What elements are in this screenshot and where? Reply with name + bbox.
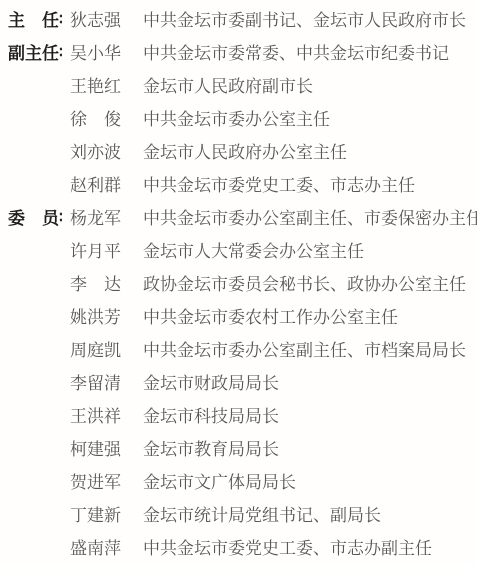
member-name: 王洪祥	[70, 402, 122, 427]
member-title: 金坛市人民政府办公室主任	[143, 138, 347, 163]
member-name: 柯建强	[70, 435, 122, 460]
roster-row: 主 任∶狄志强中共金坛市委副书记、金坛市人民政府市长	[0, 2, 477, 35]
roster-row: 周庭凯中共金坛市委办公室副主任、市档案局局长	[0, 332, 477, 365]
roster-row: 委 员∶杨龙军中共金坛市委办公室副主任、市委保密办主任	[0, 200, 477, 233]
roster-row: 李留清金坛市财政局局长	[0, 365, 477, 398]
member-title: 中共金坛市委办公室副主任、市委保密办主任	[143, 204, 477, 229]
roster-row: 副主任∶吴小华中共金坛市委常委、中共金坛市纪委书记	[0, 35, 477, 68]
member-title: 金坛市统计局党组书记、副局长	[143, 501, 381, 526]
member-title: 金坛市人大常委会办公室主任	[143, 237, 364, 262]
member-name: 姚洪芳	[70, 303, 122, 328]
roster-rows: 主 任∶狄志强中共金坛市委副书记、金坛市人民政府市长副主任∶吴小华中共金坛市委常…	[0, 0, 477, 563]
member-title: 金坛市文广体局局长	[143, 468, 296, 493]
roster-row: 丁建新金坛市统计局党组书记、副局长	[0, 497, 477, 530]
member-title: 政协金坛市委员会秘书长、政协办公室主任	[143, 270, 466, 295]
member-title: 中共金坛市委副书记、金坛市人民政府市长	[143, 6, 466, 31]
roster-row: 姚洪芳中共金坛市委农村工作办公室主任	[0, 299, 477, 332]
roster-row: 徐 俊中共金坛市委办公室主任	[0, 101, 477, 134]
roster-row: 赵利群中共金坛市委党史工委、市志办主任	[0, 167, 477, 200]
roster-row: 刘亦波金坛市人民政府办公室主任	[0, 134, 477, 167]
member-title: 金坛市科技局局长	[143, 402, 279, 427]
member-name: 王艳红	[70, 72, 122, 97]
role-label: 委 员	[8, 204, 59, 229]
member-title: 中共金坛市委常委、中共金坛市纪委书记	[143, 39, 449, 64]
role-label-cell: 副主任∶	[8, 39, 70, 64]
role-label-cell: 委 员∶	[8, 204, 70, 229]
member-name: 赵利群	[70, 171, 122, 196]
member-title: 中共金坛市委办公室副主任、市档案局局长	[143, 336, 466, 361]
roster-row: 许月平金坛市人大常委会办公室主任	[0, 233, 477, 266]
member-title: 金坛市财政局局长	[143, 369, 279, 394]
role-colon: ∶	[59, 10, 70, 28]
roster-row: 柯建强金坛市教育局局长	[0, 431, 477, 464]
role-colon: ∶	[59, 43, 70, 61]
member-name: 李留清	[70, 369, 122, 394]
member-name: 刘亦波	[70, 138, 122, 163]
member-title: 中共金坛市委农村工作办公室主任	[143, 303, 398, 328]
role-label-cell: 主 任∶	[8, 6, 70, 31]
member-title: 中共金坛市委办公室主任	[143, 105, 330, 130]
member-name: 许月平	[70, 237, 122, 262]
roster-row: 王洪祥金坛市科技局局长	[0, 398, 477, 431]
member-name: 贺进军	[70, 468, 122, 493]
member-title: 金坛市教育局局长	[143, 435, 279, 460]
role-label: 主 任	[8, 6, 59, 31]
roster-row: 盛南萍中共金坛市委党史工委、市志办副主任	[0, 530, 477, 563]
role-colon: ∶	[59, 208, 70, 226]
member-title: 中共金坛市委党史工委、市志办副主任	[143, 534, 432, 559]
member-name: 徐 俊	[70, 105, 122, 130]
roster-row: 王艳红金坛市人民政府副市长	[0, 68, 477, 101]
committee-roster-document: 主 任∶狄志强中共金坛市委副书记、金坛市人民政府市长副主任∶吴小华中共金坛市委常…	[0, 0, 477, 565]
roster-row: 李 达政协金坛市委员会秘书长、政协办公室主任	[0, 266, 477, 299]
member-name: 李 达	[70, 270, 122, 295]
member-name: 杨龙军	[70, 204, 122, 229]
member-title: 中共金坛市委党史工委、市志办主任	[143, 171, 415, 196]
roster-row: 贺进军金坛市文广体局局长	[0, 464, 477, 497]
member-name: 狄志强	[70, 6, 122, 31]
member-name: 周庭凯	[70, 336, 122, 361]
member-name: 丁建新	[70, 501, 122, 526]
member-name: 盛南萍	[70, 534, 122, 559]
member-title: 金坛市人民政府副市长	[143, 72, 313, 97]
role-label: 副主任	[8, 39, 59, 64]
member-name: 吴小华	[70, 39, 122, 64]
